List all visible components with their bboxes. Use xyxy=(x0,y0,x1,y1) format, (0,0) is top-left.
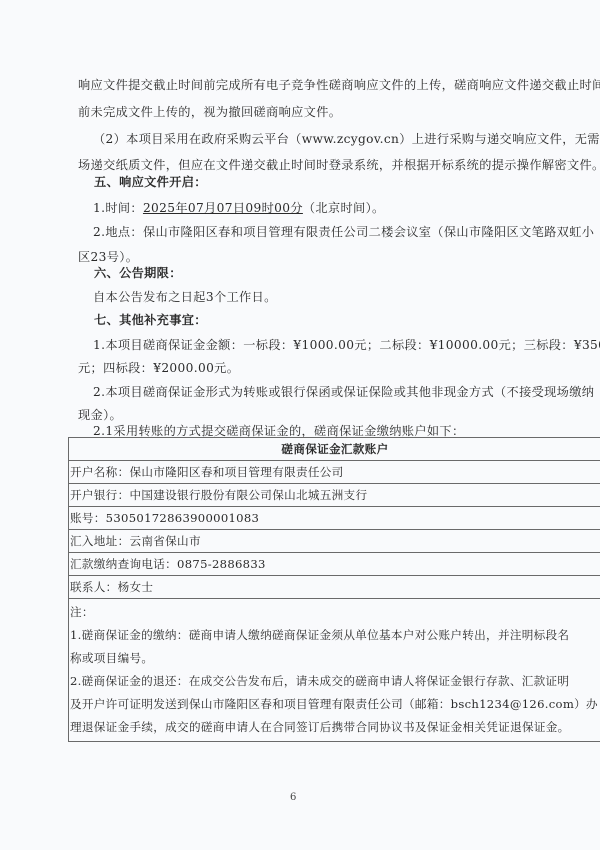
section-heading-5: 五、响应文件开启： xyxy=(94,175,207,189)
paragraph-line: 前未完成文件上传的，视为撤回磋商响应文件。 xyxy=(78,105,341,119)
note-line: 2.磋商保证金的退还：在成交公告发布后，请未成交的磋商申请人将保证金银行存款、汇… xyxy=(70,670,598,693)
note-line: 及开户许可证明发送到保山市隆阳区春和项目管理有限责任公司（邮箱：bsch1234… xyxy=(70,693,598,716)
time-value: 2025年07月07日09时00分 xyxy=(143,201,303,215)
note-line: 称或项目编号。 xyxy=(70,647,598,670)
paragraph-line: 场递交纸质文件，但应在文件递交截止时间时登录系统，并根据开标系统的提示操作解密文… xyxy=(78,158,600,172)
opening-time: 1.时间：2025年07月07日09时00分（北京时间）。 xyxy=(93,201,385,215)
opening-place-line: 区23号）。 xyxy=(78,250,138,264)
table-row-account-name: 开户名称：保山市隆阳区春和项目管理有限责任公司 xyxy=(69,461,600,484)
time-suffix: （北京时间）。 xyxy=(303,201,385,215)
document-page: 响应文件提交截止时间前完成所有电子竞争性磋商响应文件的上传，磋商响应文件递交截止… xyxy=(0,0,600,850)
deposit-form-line: 现金）。 xyxy=(78,408,122,422)
time-label: 1.时间： xyxy=(93,201,143,215)
notice-period-text: 自本公告发布之日起3个工作日。 xyxy=(93,290,277,304)
table-title: 磋商保证金汇款账户 xyxy=(69,438,600,461)
paragraph-line: 响应文件提交截止时间前完成所有电子竞争性磋商响应文件的上传，磋商响应文件递交截止… xyxy=(78,78,600,92)
table-row-phone: 汇款缴纳查询电话：0875-2886833 xyxy=(69,553,600,576)
table-row-contact: 联系人：杨女士 xyxy=(69,576,600,599)
table-row-bank: 开户银行：中国建设银行股份有限公司保山北城五洲支行 xyxy=(69,484,600,507)
note-line: 1.磋商保证金的缴纳：磋商申请人缴纳磋商保证金须从单位基本户对公账户转出，并注明… xyxy=(70,624,598,647)
deposit-form-line: 2.本项目磋商保证金形式为转账或银行保函或保证保险或其他非现金方式（不接受现场缴… xyxy=(93,385,594,399)
transfer-intro: 2.1采用转账的方式提交磋商保证金的，磋商保证金缴纳账户如下： xyxy=(93,424,464,438)
note-line: 理退保证金手续，成交的磋商申请人在合同签订后携带合同协议书及保证金相关凭证退保证… xyxy=(70,716,598,739)
deposit-amount-line: 元；四标段：¥2000.00元。 xyxy=(78,361,239,375)
paragraph-line: （2）本项目采用在政府采购云平台（www.zcygov.cn）上进行采购与递交响… xyxy=(93,132,600,146)
deposit-amount-line: 1.本项目磋商保证金金额：一标段：¥1000.00元；二标段：¥10000.00… xyxy=(93,338,600,352)
table-notes: 注： 1.磋商保证金的缴纳：磋商申请人缴纳磋商保证金须从单位基本户对公账户转出，… xyxy=(69,599,600,742)
notes-label: 注： xyxy=(70,601,598,624)
deposit-account-table: 磋商保证金汇款账户 开户名称：保山市隆阳区春和项目管理有限责任公司 开户银行：中… xyxy=(68,437,600,742)
section-heading-7: 七、其他补充事宜： xyxy=(94,313,207,327)
table-row-account-number: 账号：53050172863900001083 xyxy=(69,507,600,530)
page-number: 6 xyxy=(290,792,296,803)
opening-place-line: 2.地点：保山市隆阳区春和项目管理有限责任公司二楼会议室（保山市隆阳区文笔路双虹… xyxy=(93,225,594,239)
section-heading-6: 六、公告期限： xyxy=(94,266,182,280)
table-row-address: 汇入地址：云南省保山市 xyxy=(69,530,600,553)
